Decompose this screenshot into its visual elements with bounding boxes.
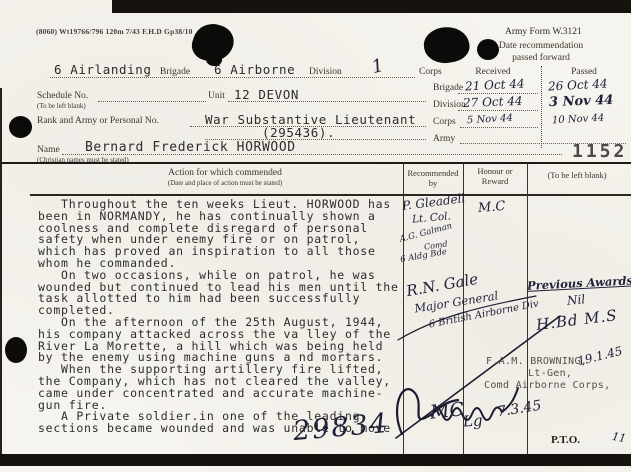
action-column-header: Action for which commended	[60, 168, 390, 178]
print-code: (8060) Wt19766/796 120m 7/43 F.H.D Gp38/…	[36, 27, 193, 36]
rule-dotted	[62, 153, 562, 155]
routing-row-passed: 26 Oct 44	[548, 76, 608, 93]
scan-border-top	[112, 0, 631, 13]
routing-passed-header: Passed	[548, 67, 620, 77]
schedule-note: (To be left blank)	[37, 102, 86, 110]
routing-row-received: 27 Oct 44	[463, 94, 523, 110]
hole-punch	[9, 116, 32, 138]
scan-border-bottom	[0, 454, 631, 466]
corps-commander-role: Comd Airborne Corps,	[484, 380, 610, 391]
routing-divider	[541, 66, 542, 148]
page-number: 11	[611, 430, 627, 445]
brigade-value: 6 Airlanding	[54, 62, 152, 77]
routing-row-passed: 10 Nov 44	[552, 113, 605, 127]
honour-reward-header: Honour or Reward	[472, 167, 518, 186]
form-number: Army Form W.3121	[505, 27, 582, 37]
rule-dotted	[98, 100, 206, 102]
scanned-award-recommendation-form: (8060) Wt19766/796 120m 7/43 F.H.D Gp38/…	[0, 0, 631, 472]
rule-dotted	[50, 76, 415, 78]
routing-row-label: Corps	[433, 117, 456, 127]
rule-dotted	[460, 126, 538, 128]
division-value: 6 Airborne	[214, 62, 295, 77]
table-top-rule	[0, 162, 631, 164]
citation-text: Throughout the ten weeks Lieut. HORWOOD …	[38, 199, 410, 435]
corps-commander-name: F.A.M. BROWNING,	[486, 356, 587, 367]
hole-punch	[5, 337, 27, 363]
corps-label: Corps	[419, 67, 442, 77]
scan-edge-left	[0, 88, 2, 454]
routing-row-received: 21 Oct 44	[465, 76, 525, 93]
routing-row-received: 5 Nov 44	[467, 113, 513, 126]
routing-title-line1: Date recommendation	[452, 41, 630, 51]
name-label: Name	[37, 145, 60, 155]
handwritten-lg: Lg	[462, 411, 483, 430]
rule-dotted	[458, 109, 538, 111]
stamp-number: 1152	[572, 141, 627, 162]
table-header-rule	[30, 194, 631, 196]
rank-label: Rank and Army or Personal No.	[37, 116, 159, 126]
action-column-subheader: (Date and place of action must be stated…	[60, 179, 390, 187]
honour-value-handwritten: M.C	[477, 199, 506, 216]
unit-label: Unit	[208, 91, 225, 101]
corps-commander-rank: Lt-Gen,	[528, 368, 572, 379]
routing-row-passed: 3 Nov 44	[549, 93, 614, 110]
rule-dotted	[460, 142, 626, 144]
schedule-label: Schedule No.	[37, 91, 88, 101]
handwritten-mc: MC	[429, 398, 465, 423]
recommended-by-header: Recommended by	[406, 168, 460, 188]
routing-row-label: Army	[433, 134, 455, 144]
rule-dotted	[228, 100, 426, 102]
routing-title-line2: passed forward	[452, 53, 630, 63]
blank-column-header: (To be left blank)	[537, 170, 617, 180]
corps-value-handwritten: 1	[370, 55, 386, 78]
rule-dotted	[458, 92, 538, 94]
pto-label: P.T.O.	[551, 434, 580, 446]
